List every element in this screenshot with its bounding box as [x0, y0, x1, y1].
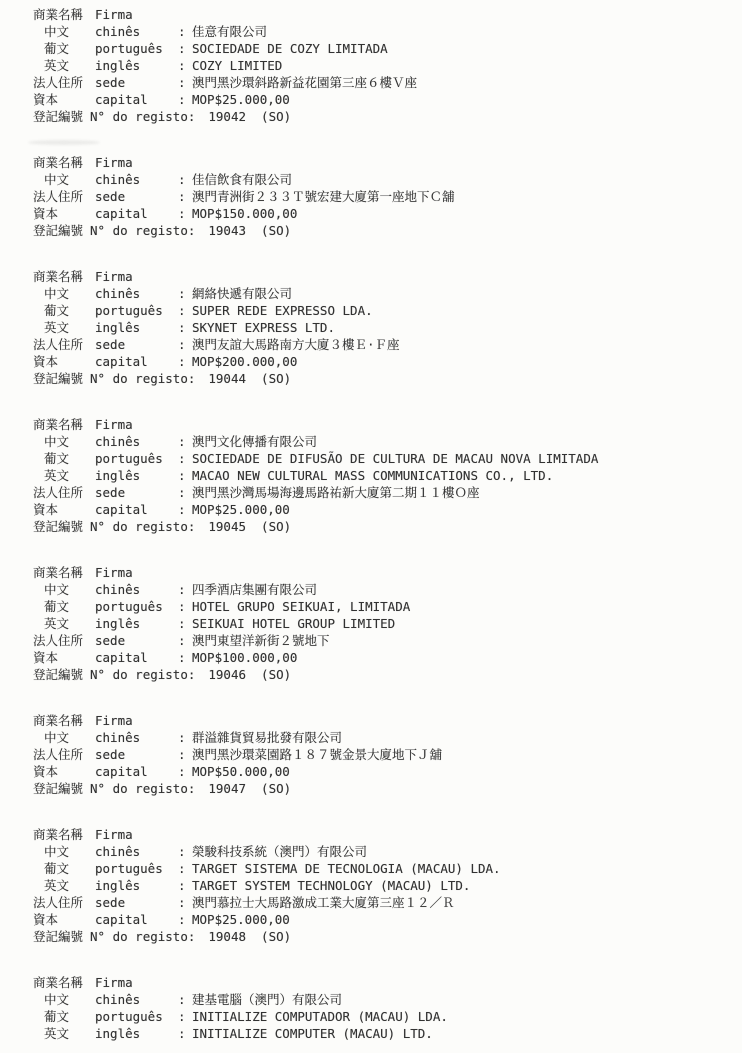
label-pt: capital: [95, 911, 178, 928]
colon-separator: :: [178, 188, 192, 205]
label-zh: 中文: [33, 843, 95, 860]
row-header: 商業名稱Firma: [33, 974, 732, 991]
registry-entry: 商業名稱Firma中文chinês:榮駿科技系統（澳門）有限公司葡文portug…: [33, 826, 732, 945]
colon-separator: :: [178, 336, 192, 353]
registry-entries-list: 商業名稱Firma中文chinês:佳意有限公司葡文português:SOCI…: [33, 6, 732, 1042]
row-header: 商業名稱Firma: [33, 712, 732, 729]
label-pt: sede: [95, 746, 178, 763]
field-value: MOP$25.000,00: [192, 501, 732, 518]
label-pt: capital: [95, 649, 178, 666]
field-value: TARGET SYSTEM TECHNOLOGY (MACAU) LTD.: [192, 877, 732, 894]
row-field: 葡文português:TARGET SISTEMA DE TECNOLOGIA…: [33, 860, 732, 877]
field-value: 澳門慕拉士大馬路激成工業大廈第三座１２／Ｒ: [192, 894, 732, 911]
field-value: MOP$150.000,00: [192, 205, 732, 222]
row-field: 資本capital:MOP$25.000,00: [33, 911, 732, 928]
field-value: 四季酒店集團有限公司: [192, 581, 732, 598]
row-field: 葡文português:SUPER REDE EXPRESSO LDA.: [33, 302, 732, 319]
label-zh: 中文: [33, 23, 95, 40]
colon-separator: :: [178, 433, 192, 450]
row-field: 葡文português:HOTEL GRUPO SEIKUAI, LIMITAD…: [33, 598, 732, 615]
label-zh: 商業名稱: [33, 826, 95, 843]
field-value: 19046 (SO): [208, 666, 291, 683]
label-zh: 法人住所: [33, 336, 95, 353]
row-field: 資本capital:MOP$150.000,00: [33, 205, 732, 222]
label-pt: inglês: [95, 57, 178, 74]
row-field: 英文inglês:MACAO NEW CULTURAL MASS COMMUNI…: [33, 467, 732, 484]
label-pt: chinês: [95, 843, 178, 860]
label-zh: 商業名稱: [33, 154, 95, 171]
field-value: 澳門文化傳播有限公司: [192, 433, 732, 450]
label-zh: 資本: [33, 353, 95, 370]
colon-separator: :: [178, 302, 192, 319]
row-field: 法人住所sede:澳門東望洋新街２號地下: [33, 632, 732, 649]
row-field: 法人住所sede:澳門友誼大馬路南方大廈３樓Ｅ·Ｆ座: [33, 336, 732, 353]
field-value: MOP$200.000,00: [192, 353, 732, 370]
row-header: 商業名稱Firma: [33, 564, 732, 581]
label-zh: 葡文: [33, 860, 95, 877]
row-field: 中文chinês:網絡快遞有限公司: [33, 285, 732, 302]
field-value: SKYNET EXPRESS LTD.: [192, 319, 732, 336]
label-zh: 資本: [33, 501, 95, 518]
label-pt: capital: [95, 91, 178, 108]
row-field: 法人住所sede:澳門黑沙灣馬場海邊馬路祐新大廈第二期１１樓Ｏ座: [33, 484, 732, 501]
field-value: 澳門東望洋新街２號地下: [192, 632, 732, 649]
label-zh: 資本: [33, 205, 95, 222]
label-pt: Firma: [95, 154, 178, 171]
field-value: INITIALIZE COMPUTER (MACAU) LTD.: [192, 1025, 732, 1042]
label-pt: sede: [95, 632, 178, 649]
row-field: 法人住所sede:澳門黑沙環斜路新益花園第三座６樓Ｖ座: [33, 74, 732, 91]
colon-separator: :: [178, 484, 192, 501]
row-field: 資本capital:MOP$50.000,00: [33, 763, 732, 780]
label-zh: 中文: [33, 991, 95, 1008]
label-pt: Firma: [95, 712, 178, 729]
label-zh: 葡文: [33, 40, 95, 57]
row-field: 英文inglês:SKYNET EXPRESS LTD.: [33, 319, 732, 336]
field-value: SOCIEDADE DE DIFUSÃO DE CULTURA DE MACAU…: [192, 450, 732, 467]
field-value: HOTEL GRUPO SEIKUAI, LIMITADA: [192, 598, 732, 615]
field-value: MOP$50.000,00: [192, 763, 732, 780]
label-pt: inglês: [95, 877, 178, 894]
row-field: 資本capital:MOP$25.000,00: [33, 501, 732, 518]
colon-separator: :: [178, 285, 192, 302]
field-value: 澳門黑沙環菜園路１８７號金景大廈地下Ｊ舖: [192, 746, 732, 763]
label-zh: 英文: [33, 877, 95, 894]
label-zh: 法人住所: [33, 632, 95, 649]
label-zh: 英文: [33, 57, 95, 74]
label-zh: 中文: [33, 581, 95, 598]
colon-separator: :: [178, 1025, 192, 1042]
field-value: INITIALIZE COMPUTADOR (MACAU) LDA.: [192, 1008, 732, 1025]
row-header: 商業名稱Firma: [33, 826, 732, 843]
row-field: 英文inglês:SEIKUAI HOTEL GROUP LIMITED: [33, 615, 732, 632]
colon-separator: :: [178, 729, 192, 746]
field-value: 群溢雜貨貿易批發有限公司: [192, 729, 732, 746]
field-value: SOCIEDADE DE COZY LIMITADA: [192, 40, 732, 57]
colon-separator: :: [178, 581, 192, 598]
row-field: 資本capital:MOP$25.000,00: [33, 91, 732, 108]
field-value: MACAO NEW CULTURAL MASS COMMUNICATIONS C…: [192, 467, 732, 484]
colon-separator: :: [178, 450, 192, 467]
label-zh: 登記編號: [33, 928, 83, 945]
colon-separator: :: [178, 843, 192, 860]
label-pt: inglês: [95, 615, 178, 632]
row-registo: 登記編號N° do registo:19048 (SO): [33, 928, 732, 945]
label-zh: 資本: [33, 763, 95, 780]
label-zh: 登記編號: [33, 108, 83, 125]
row-field: 葡文português:INITIALIZE COMPUTADOR (MACAU…: [33, 1008, 732, 1025]
label-pt: capital: [95, 763, 178, 780]
colon-separator: :: [178, 467, 192, 484]
colon-separator: :: [178, 171, 192, 188]
label-pt: chinês: [95, 23, 178, 40]
row-field: 法人住所sede:澳門慕拉士大馬路激成工業大廈第三座１２／Ｒ: [33, 894, 732, 911]
label-zh: 資本: [33, 649, 95, 666]
label-zh: 商業名稱: [33, 268, 95, 285]
field-value: 澳門黑沙灣馬場海邊馬路祐新大廈第二期１１樓Ｏ座: [192, 484, 732, 501]
label-zh: 英文: [33, 1025, 95, 1042]
label-pt: N° do registo:: [90, 518, 195, 535]
label-pt: N° do registo:: [90, 928, 195, 945]
label-zh: 登記編號: [33, 518, 83, 535]
row-field: 中文chinês:四季酒店集團有限公司: [33, 581, 732, 598]
label-pt: N° do registo:: [90, 780, 195, 797]
row-header: 商業名稱Firma: [33, 416, 732, 433]
row-field: 法人住所sede:澳門黑沙環菜園路１８７號金景大廈地下Ｊ舖: [33, 746, 732, 763]
label-pt: português: [95, 1008, 178, 1025]
label-zh: 法人住所: [33, 894, 95, 911]
row-field: 葡文português:SOCIEDADE DE DIFUSÃO DE CULT…: [33, 450, 732, 467]
colon-separator: :: [178, 746, 192, 763]
registry-entry: 商業名稱Firma中文chinês:網絡快遞有限公司葡文português:SU…: [33, 268, 732, 387]
label-pt: N° do registo:: [90, 222, 195, 239]
field-value: MOP$25.000,00: [192, 911, 732, 928]
label-pt: sede: [95, 484, 178, 501]
label-pt: capital: [95, 205, 178, 222]
colon-separator: :: [178, 353, 192, 370]
field-value: 網絡快遞有限公司: [192, 285, 732, 302]
label-pt: inglês: [95, 467, 178, 484]
field-value: MOP$25.000,00: [192, 91, 732, 108]
label-pt: chinês: [95, 171, 178, 188]
row-header: 商業名稱Firma: [33, 6, 732, 23]
row-field: 中文chinês:群溢雜貨貿易批發有限公司: [33, 729, 732, 746]
label-pt: chinês: [95, 991, 178, 1008]
row-registo: 登記編號N° do registo:19046 (SO): [33, 666, 732, 683]
registry-entry: 商業名稱Firma中文chinês:建基電腦（澳門）有限公司葡文portuguê…: [33, 974, 732, 1042]
registry-entry: 商業名稱Firma中文chinês:澳門文化傳播有限公司葡文português:…: [33, 416, 732, 535]
colon-separator: :: [178, 40, 192, 57]
field-value: SEIKUAI HOTEL GROUP LIMITED: [192, 615, 732, 632]
label-zh: 英文: [33, 615, 95, 632]
row-field: 資本capital:MOP$100.000,00: [33, 649, 732, 666]
label-zh: 葡文: [33, 450, 95, 467]
colon-separator: :: [178, 74, 192, 91]
colon-separator: :: [178, 598, 192, 615]
row-field: 中文chinês:佳信飲食有限公司: [33, 171, 732, 188]
field-value: TARGET SISTEMA DE TECNOLOGIA (MACAU) LDA…: [192, 860, 732, 877]
field-value: COZY LIMITED: [192, 57, 732, 74]
label-pt: N° do registo:: [90, 370, 195, 387]
label-zh: 中文: [33, 433, 95, 450]
label-zh: 商業名稱: [33, 712, 95, 729]
label-pt: sede: [95, 188, 178, 205]
colon-separator: :: [178, 763, 192, 780]
label-pt: português: [95, 598, 178, 615]
label-zh: 登記編號: [33, 666, 83, 683]
colon-separator: :: [178, 205, 192, 222]
row-field: 法人住所sede:澳門青洲街２３３Ｔ號宏建大廈第一座地下Ｃ舖: [33, 188, 732, 205]
label-zh: 中文: [33, 285, 95, 302]
label-zh: 資本: [33, 91, 95, 108]
colon-separator: :: [178, 23, 192, 40]
colon-separator: :: [178, 615, 192, 632]
label-pt: inglês: [95, 319, 178, 336]
colon-separator: :: [178, 501, 192, 518]
row-field: 英文inglês:COZY LIMITED: [33, 57, 732, 74]
label-pt: sede: [95, 336, 178, 353]
registry-entry: 商業名稱Firma中文chinês:佳意有限公司葡文português:SOCI…: [33, 6, 732, 125]
field-value: 19045 (SO): [208, 518, 291, 535]
field-value: 榮駿科技系統（澳門）有限公司: [192, 843, 732, 860]
row-field: 中文chinês:榮駿科技系統（澳門）有限公司: [33, 843, 732, 860]
row-registo: 登記編號N° do registo:19047 (SO): [33, 780, 732, 797]
row-field: 英文inglês:INITIALIZE COMPUTER (MACAU) LTD…: [33, 1025, 732, 1042]
registry-entry: 商業名稱Firma中文chinês:佳信飲食有限公司法人住所sede:澳門青洲街…: [33, 154, 732, 239]
colon-separator: :: [178, 91, 192, 108]
label-zh: 英文: [33, 467, 95, 484]
field-value: 澳門友誼大馬路南方大廈３樓Ｅ·Ｆ座: [192, 336, 732, 353]
label-zh: 登記編號: [33, 370, 83, 387]
field-value: SUPER REDE EXPRESSO LDA.: [192, 302, 732, 319]
label-pt: N° do registo:: [90, 666, 195, 683]
colon-separator: :: [178, 991, 192, 1008]
label-pt: Firma: [95, 416, 178, 433]
label-zh: 葡文: [33, 302, 95, 319]
label-pt: Firma: [95, 974, 178, 991]
field-value: 19043 (SO): [208, 222, 291, 239]
field-value: 佳意有限公司: [192, 23, 732, 40]
row-header: 商業名稱Firma: [33, 268, 732, 285]
colon-separator: :: [178, 911, 192, 928]
registry-document: 商業名稱Firma中文chinês:佳意有限公司葡文português:SOCI…: [0, 0, 742, 1042]
label-pt: Firma: [95, 268, 178, 285]
field-value: 澳門青洲街２３３Ｔ號宏建大廈第一座地下Ｃ舖: [192, 188, 732, 205]
label-zh: 葡文: [33, 598, 95, 615]
field-value: 19047 (SO): [208, 780, 291, 797]
row-field: 英文inglês:TARGET SYSTEM TECHNOLOGY (MACAU…: [33, 877, 732, 894]
colon-separator: :: [178, 649, 192, 666]
label-zh: 法人住所: [33, 74, 95, 91]
row-field: 中文chinês:澳門文化傳播有限公司: [33, 433, 732, 450]
label-pt: Firma: [95, 564, 178, 581]
label-pt: português: [95, 40, 178, 57]
colon-separator: :: [178, 319, 192, 336]
field-value: 19048 (SO): [208, 928, 291, 945]
row-field: 資本capital:MOP$200.000,00: [33, 353, 732, 370]
row-header: 商業名稱Firma: [33, 154, 732, 171]
label-pt: inglês: [95, 1025, 178, 1042]
label-pt: chinês: [95, 285, 178, 302]
label-pt: capital: [95, 353, 178, 370]
label-zh: 登記編號: [33, 222, 83, 239]
colon-separator: :: [178, 632, 192, 649]
field-value: 佳信飲食有限公司: [192, 171, 732, 188]
label-pt: português: [95, 302, 178, 319]
label-pt: capital: [95, 501, 178, 518]
row-registo: 登記編號N° do registo:19044 (SO): [33, 370, 732, 387]
label-zh: 商業名稱: [33, 974, 95, 991]
label-zh: 商業名稱: [33, 564, 95, 581]
label-zh: 葡文: [33, 1008, 95, 1025]
row-registo: 登記編號N° do registo:19045 (SO): [33, 518, 732, 535]
label-zh: 登記編號: [33, 780, 83, 797]
field-value: 澳門黑沙環斜路新益花園第三座６樓Ｖ座: [192, 74, 732, 91]
label-zh: 中文: [33, 729, 95, 746]
label-pt: chinês: [95, 729, 178, 746]
label-pt: português: [95, 450, 178, 467]
label-zh: 法人住所: [33, 746, 95, 763]
field-value: MOP$100.000,00: [192, 649, 732, 666]
row-field: 中文chinês:佳意有限公司: [33, 23, 732, 40]
registry-entry: 商業名稱Firma中文chinês:四季酒店集團有限公司葡文português:…: [33, 564, 732, 683]
label-pt: Firma: [95, 6, 178, 23]
label-pt: sede: [95, 74, 178, 91]
registry-entry: 商業名稱Firma中文chinês:群溢雜貨貿易批發有限公司法人住所sede:澳…: [33, 712, 732, 797]
label-pt: chinês: [95, 433, 178, 450]
label-pt: N° do registo:: [90, 108, 195, 125]
label-zh: 中文: [33, 171, 95, 188]
label-pt: português: [95, 860, 178, 877]
row-registo: 登記編號N° do registo:19042 (SO): [33, 108, 732, 125]
label-zh: 商業名稱: [33, 6, 95, 23]
label-zh: 法人住所: [33, 188, 95, 205]
row-field: 中文chinês:建基電腦（澳門）有限公司: [33, 991, 732, 1008]
label-zh: 英文: [33, 319, 95, 336]
colon-separator: :: [178, 860, 192, 877]
label-zh: 法人住所: [33, 484, 95, 501]
row-registo: 登記編號N° do registo:19043 (SO): [33, 222, 732, 239]
label-pt: chinês: [95, 581, 178, 598]
label-pt: Firma: [95, 826, 178, 843]
label-zh: 資本: [33, 911, 95, 928]
colon-separator: :: [178, 877, 192, 894]
colon-separator: :: [178, 57, 192, 74]
field-value: 建基電腦（澳門）有限公司: [192, 991, 732, 1008]
label-pt: sede: [95, 894, 178, 911]
field-value: 19044 (SO): [208, 370, 291, 387]
label-zh: 商業名稱: [33, 416, 95, 433]
colon-separator: :: [178, 1008, 192, 1025]
field-value: 19042 (SO): [208, 108, 291, 125]
scan-smudge-artifact: [28, 140, 100, 145]
row-field: 葡文português:SOCIEDADE DE COZY LIMITADA: [33, 40, 732, 57]
colon-separator: :: [178, 894, 192, 911]
